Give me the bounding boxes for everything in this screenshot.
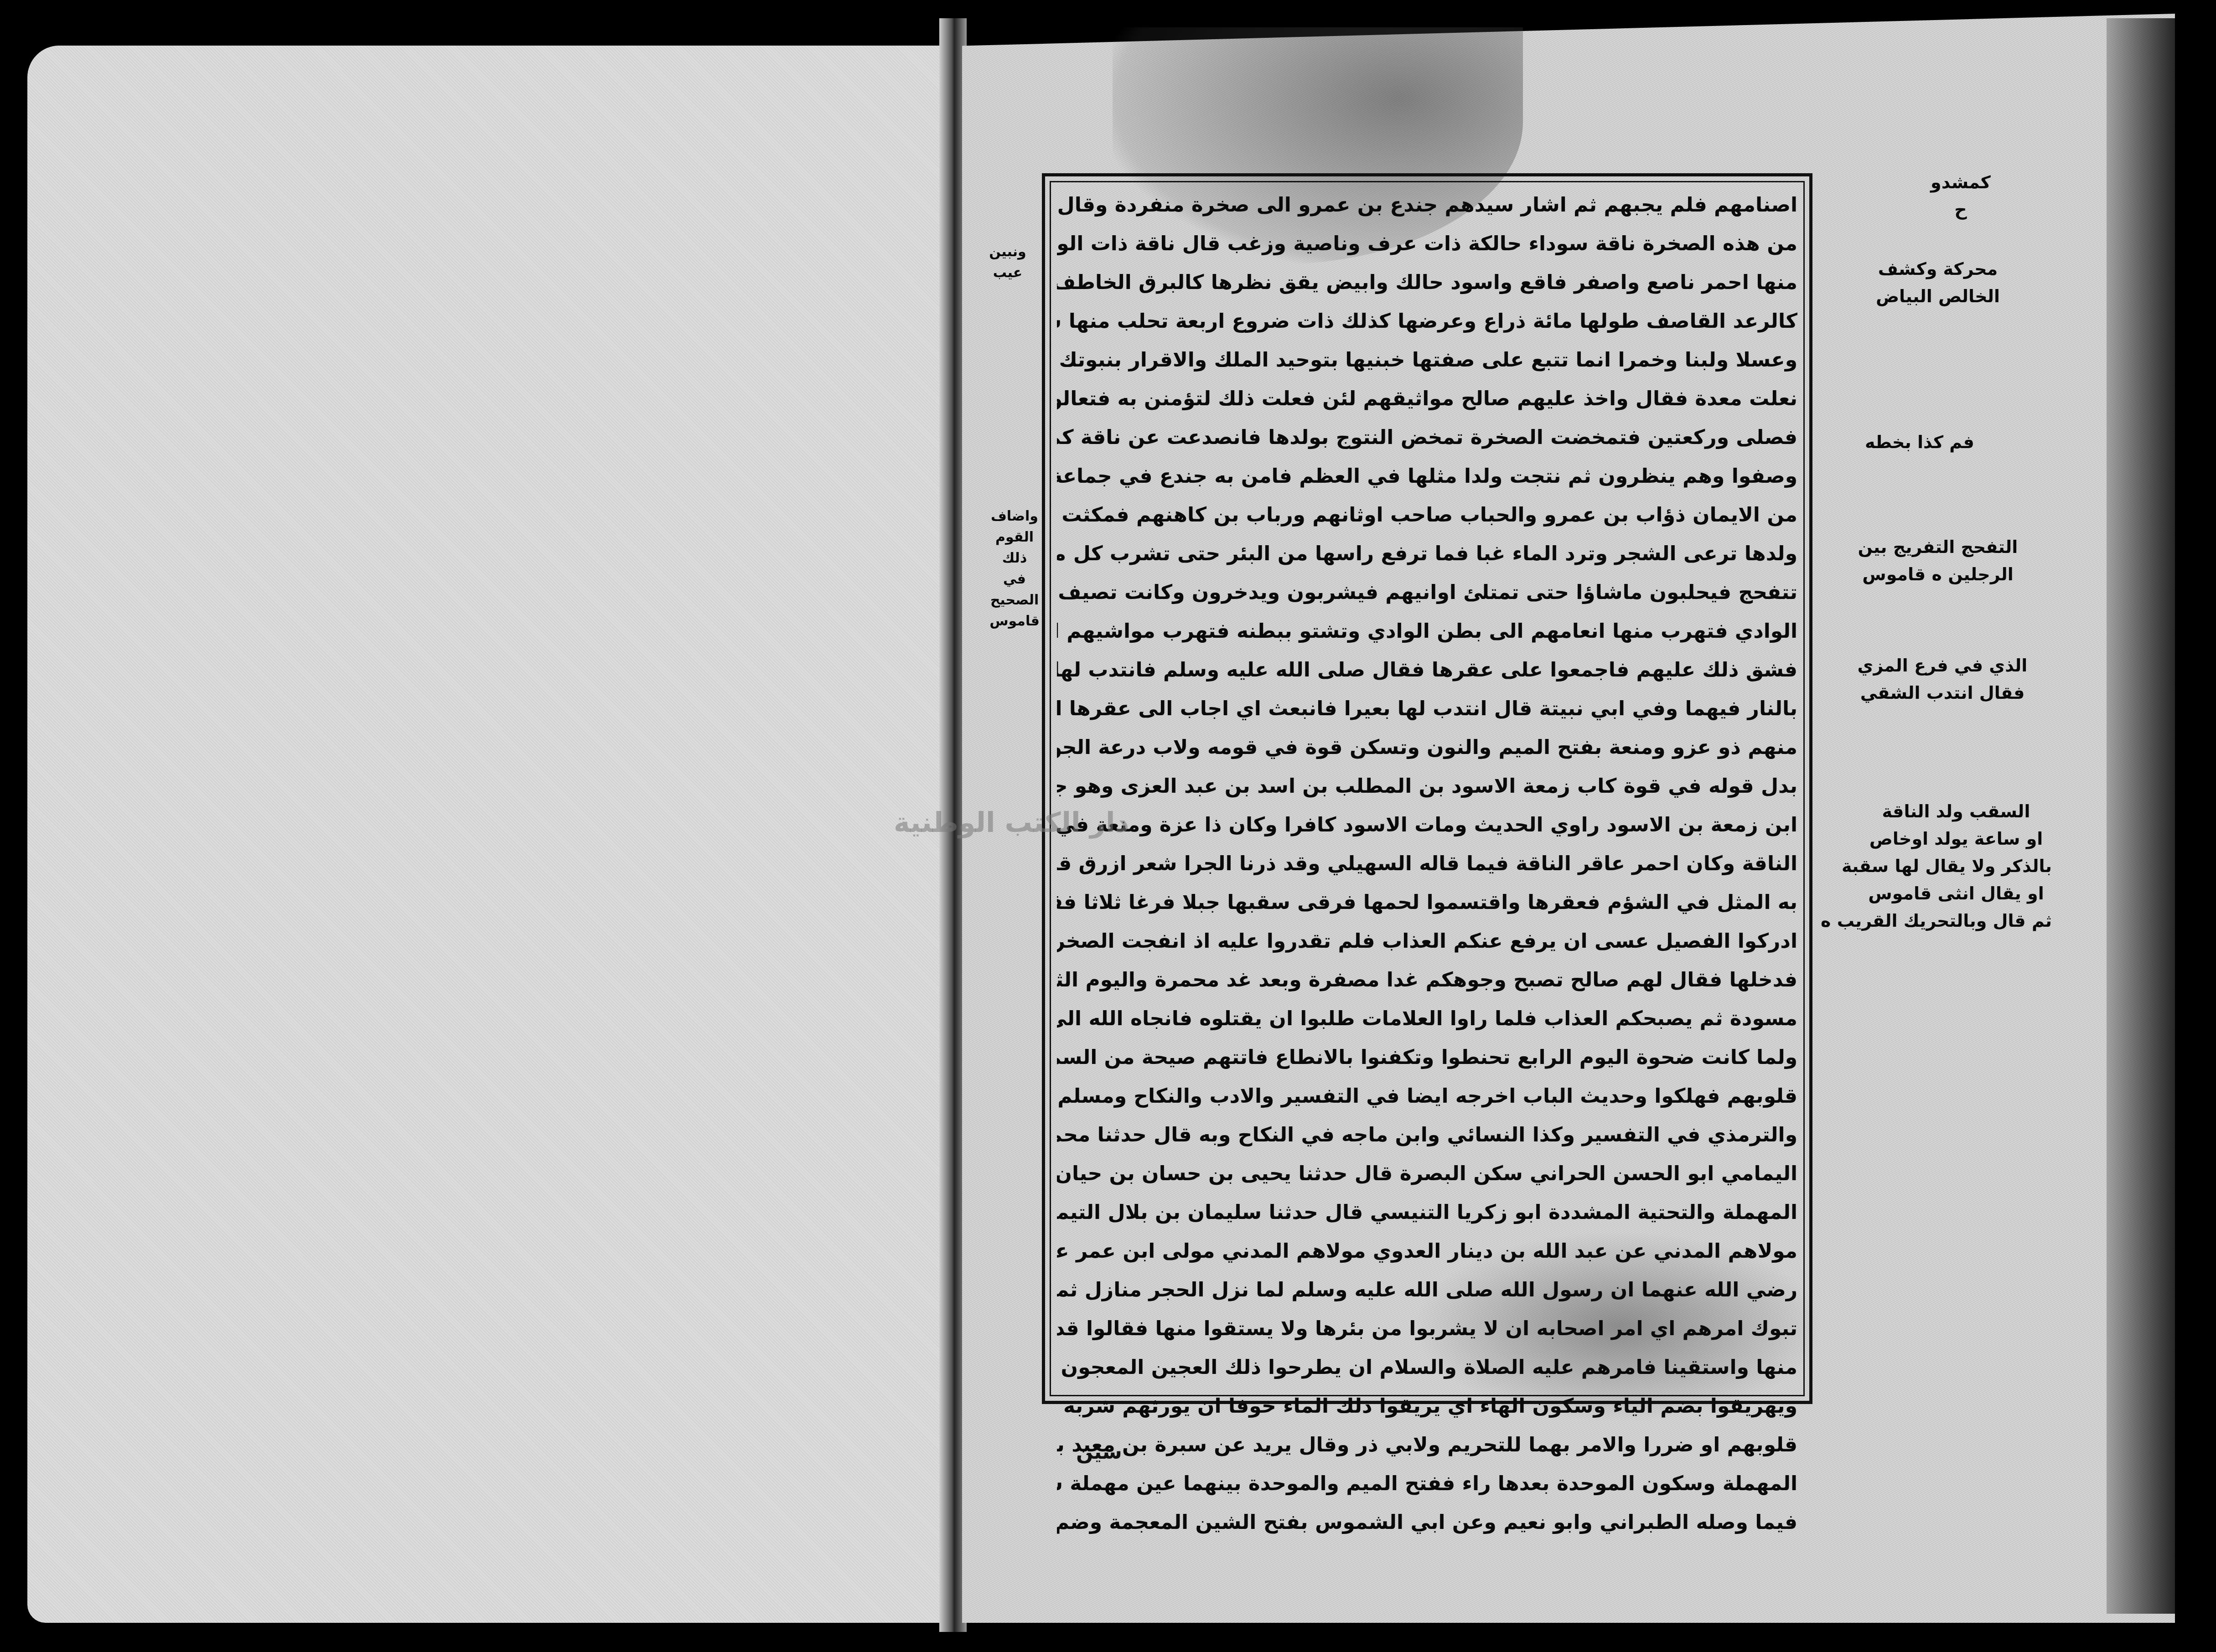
margin-note-4: التفحج التفريج بين الرجلين ه قاموس	[1828, 533, 2047, 588]
text-line: المهملة والتحتية المشددة ابو زكريا التني…	[1057, 1193, 1797, 1232]
margin-note-6: السقب ولد الناقة او ساعة يولد اوخاص بالذ…	[1860, 798, 2052, 934]
text-line: ادركوا الفصيل عسى ان يرفع عنكم العذاب فل…	[1057, 922, 1797, 960]
margin-note-line: فم كذا بخطه	[1860, 428, 1979, 456]
text-line: ولما كانت ضحوة اليوم الرابع تحنطوا وتكفن…	[1057, 1038, 1797, 1077]
text-line: منها احمر ناصع واصفر فاقع واسود حالك واب…	[1057, 263, 1797, 302]
text-line: به المثل في الشؤم فعقرها واقتسموا لحمها …	[1057, 883, 1797, 922]
text-line: وعسلا ولبنا وخمرا انما تتبع على صفتها خب…	[1057, 341, 1797, 379]
text-line: والترمذي في التفسير وكذا النسائي وابن ما…	[1057, 1115, 1797, 1154]
text-line: اليمامي ابو الحسن الحراني سكن البصرة قال…	[1057, 1154, 1797, 1193]
margin-note-line: الرجلين ه قاموس	[1828, 561, 2047, 588]
text-line: الناقة وكان احمر عاقر الناقة فيما قاله ا…	[1057, 844, 1797, 883]
manuscript-scan: اصنامهم فلم يجبهم ثم اشار سيدهم جندع بن …	[0, 0, 2216, 1652]
text-line: اصنامهم فلم يجبهم ثم اشار سيدهم جندع بن …	[1057, 186, 1797, 224]
margin-note-line: الذي في فرع المزي	[1851, 652, 2034, 679]
margin-note-line: ثم قال وبالتحريك القريب ه	[1860, 907, 2052, 934]
text-line: مسودة ثم يصبحكم العذاب فلما راوا العلاما…	[1057, 999, 1797, 1038]
margin-note-line: محركة وكشف	[1847, 255, 2029, 283]
text-line: ويهريقوا بضم الياء وسكون الهاء اي يريقوا…	[1057, 1387, 1797, 1425]
text-line: منها واستقينا فامرهم عليه الصلاة والسلام…	[1057, 1348, 1797, 1387]
margin-note-line: عيب	[976, 263, 1040, 284]
text-line: المهملة وسكون الموحدة بعدها راء ففتح الم…	[1057, 1464, 1797, 1503]
main-text-body: اصنامهم فلم يجبهم ثم اشار سيدهم جندع بن …	[1057, 186, 1797, 1542]
margin-note-line: السقب ولد الناقة	[1860, 798, 2052, 825]
text-line: فشق ذلك عليهم فاجمعوا على عقرها فقال صلى…	[1057, 650, 1797, 689]
text-line: تتفحج فيحلبون ماشاؤا حتى تمتلئ اوانيهم ف…	[1057, 573, 1797, 612]
text-line: نعلت معدة فقال واخذ عليهم صالح مواثيقهم …	[1057, 379, 1797, 418]
margin-note-line: او ساعة يولد اوخاص	[1860, 825, 2052, 852]
text-line: رضي الله عنهما ان رسول الله صلى الله علي…	[1057, 1270, 1797, 1309]
margin-note-line: كمشدو	[1897, 169, 2024, 196]
text-line: وصفوا وهم ينظرون ثم نتجت ولدا مثلها في ا…	[1057, 457, 1797, 496]
margin-note-1: كمشدو ح	[1897, 169, 2024, 223]
text-line: من هذه الصخرة ناقة سوداء حالكة ذات عرف و…	[1057, 224, 1797, 263]
margin-note-2: محركة وكشف الخالص البياض	[1847, 255, 2029, 310]
text-line: قلوبهم او ضررا والامر بهما للتحريم ولابي…	[1057, 1425, 1797, 1464]
margin-note-line: قاموس	[985, 611, 1044, 632]
text-line: كالرعد القاصف طولها مائة ذراع وعرضها كذل…	[1057, 302, 1797, 341]
text-line: ولدها ترعى الشجر وترد الماء غبا فما ترفع…	[1057, 534, 1797, 573]
text-line: مولاهم المدني عن عبد الله بن دينار العدو…	[1057, 1232, 1797, 1270]
margin-note-line: في الصحيح	[985, 569, 1044, 611]
margin-note-line: ونبين	[976, 242, 1040, 263]
text-line: فيما وصله الطبراني وابو نعيم وعن ابي الش…	[1057, 1503, 1797, 1542]
main-text-frame: اصنامهم فلم يجبهم ثم اشار سيدهم جندع بن …	[1042, 173, 1812, 1404]
margin-note-line: ح	[1897, 196, 2024, 223]
text-line: فدخلها فقال لهم صالح تصبح وجوهكم غدا مصف…	[1057, 960, 1797, 999]
page-edge-shadow	[2107, 18, 2175, 1614]
library-watermark: دار الكتب الوطنية	[894, 807, 1129, 839]
text-line: قلوبهم فهلكوا وحديث الباب اخرجه ايضا في …	[1057, 1077, 1797, 1115]
text-line: ابن زمعة بن الاسود راوي الحديث ومات الاس…	[1057, 805, 1797, 844]
margin-note-line: التفحج التفريج بين	[1828, 533, 2047, 561]
catchword: سين	[1076, 1440, 1122, 1464]
margin-note-5: الذي في فرع المزي فقال انتدب الشقي	[1851, 652, 2034, 707]
blank-left-page	[27, 46, 944, 1623]
margin-note-line: واضاف	[985, 506, 1044, 527]
left-margin-note-2: واضاف القوم ذلك في الصحيح قاموس	[985, 506, 1044, 632]
text-line: منهم ذو عزو ومنعة بفتح الميم والنون وتسك…	[1057, 728, 1797, 767]
margin-note-line: القوم ذلك	[985, 527, 1044, 569]
text-line: من الايمان ذؤاب بن عمرو والحباب صاحب اوث…	[1057, 496, 1797, 534]
text-line: بالنار فيهما وفي ابي نبيتة قال انتدب لها…	[1057, 689, 1797, 728]
text-line: تبوك امرهم اي امر اصحابه ان لا يشربوا من…	[1057, 1309, 1797, 1348]
margin-note-3: فم كذا بخطه	[1860, 428, 1979, 456]
margin-note-line: بالذكر ولا يقال لها سقبة	[1860, 852, 2052, 880]
text-line: فصلى وركعتين فتمخضت الصخرة تمخض النتوج ب…	[1057, 418, 1797, 457]
margin-note-line: فقال انتدب الشقي	[1851, 679, 2034, 707]
left-margin-note-1: ونبين عيب	[976, 242, 1040, 284]
text-line: بدل قوله في قوة كاب زمعة الاسود بن المطل…	[1057, 767, 1797, 805]
margin-note-line: او يقال انثى قاموس	[1860, 880, 2052, 907]
text-line: الوادي فتهرب منها انعامهم الى بطن الوادي…	[1057, 612, 1797, 650]
margin-note-line: الخالص البياض	[1847, 283, 2029, 310]
